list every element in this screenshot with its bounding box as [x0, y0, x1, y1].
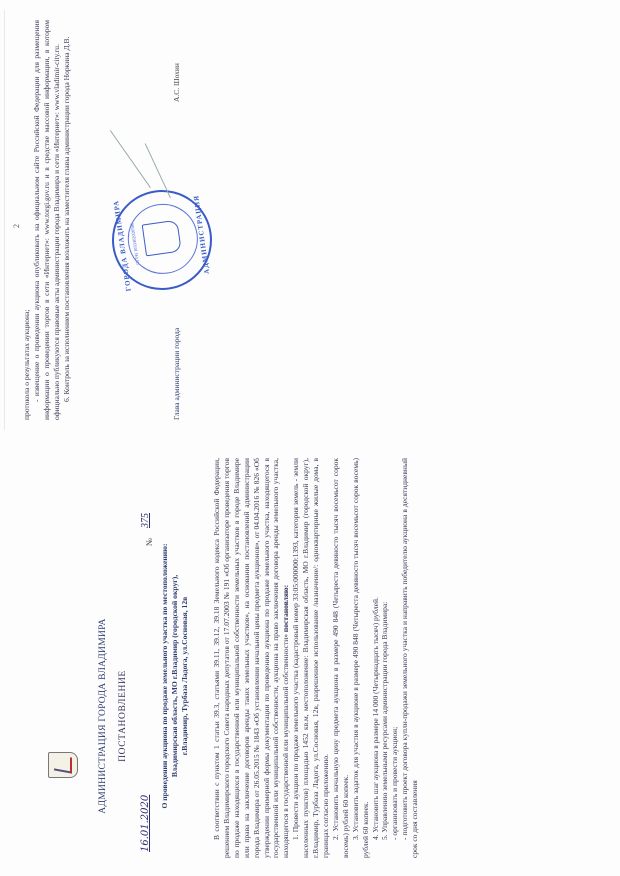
clause-3: 3. Установить задаток для участия в аукц… [351, 458, 371, 858]
document-body-page-1: В соответствии с пунктом 1 статьи 39.3, … [212, 458, 420, 858]
official-seal-icon: ГОРОДА ВЛАДИМИРА ОГРН 1033302020586 АДМИ… [106, 184, 219, 297]
vladimir-coat-of-arms-icon [48, 752, 78, 778]
signature-role: Глава администрации города [172, 328, 181, 420]
document-number-label: № [144, 538, 154, 546]
page-1: АДМИНИСТРАЦИЯ ГОРОДА ВЛАДИМИРА ПОСТАНОВЛ… [0, 438, 620, 876]
clause-5-item: - подготовить проект договора купли-прод… [400, 458, 420, 858]
decree-word: постановляю: [281, 585, 290, 632]
seal-coat-of-arms-icon [142, 220, 182, 257]
scanned-document-sheet: АДМИНИСТРАЦИЯ ГОРОДА ВЛАДИМИРА ПОСТАНОВЛ… [0, 0, 620, 876]
organization-name: АДМИНИСТРАЦИЯ ГОРОДА ВЛАДИМИРА [98, 556, 108, 876]
page-number: 2 [12, 224, 21, 228]
continuation-paragraph: протокола о результатах аукциона; [22, 20, 32, 420]
signature-name: А.С. Шохин [172, 63, 181, 102]
clause-1: 1. Провести аукцион по продаже земельног… [291, 458, 331, 858]
clause-6: 6. Контроль за исполнением постановления… [62, 20, 72, 420]
signature-stroke [110, 130, 151, 188]
document-date: 16.01.2020 [140, 795, 151, 852]
clause-4: 4. Установить шаг аукциона в размере 14 … [371, 458, 381, 858]
document-body-page-2: протокола о результатах аукциона; - изве… [22, 20, 72, 420]
document-type: ПОСТАНОВЛЕНИЕ [118, 556, 128, 876]
document-subject: О проведении аукциона по продаже земельн… [160, 496, 190, 856]
document-number: 375 [140, 513, 151, 528]
page-2: 2 протокола о результатах аукциона; - из… [0, 0, 620, 438]
subject-line: Владимирская область, МО г.Владимир (гор… [170, 496, 180, 856]
clause-5-item: - организовать и провести аукцион; [390, 458, 400, 858]
scan-edge-divider [4, 10, 5, 430]
subject-line: г.Владимир, Турбаза Ладога, ул.Сосновая,… [180, 496, 190, 856]
clause-5-item: - извещение о проведении аукциона опубли… [32, 20, 62, 420]
clause-2: 2. Установить начальную цену предмета ау… [331, 458, 351, 858]
subject-line: О проведении аукциона по продаже земельн… [160, 496, 170, 856]
preamble-paragraph: В соответствии с пунктом 1 статьи 39.3, … [212, 458, 291, 858]
clause-5: 5. Управлению земельными ресурсами админ… [380, 458, 390, 858]
